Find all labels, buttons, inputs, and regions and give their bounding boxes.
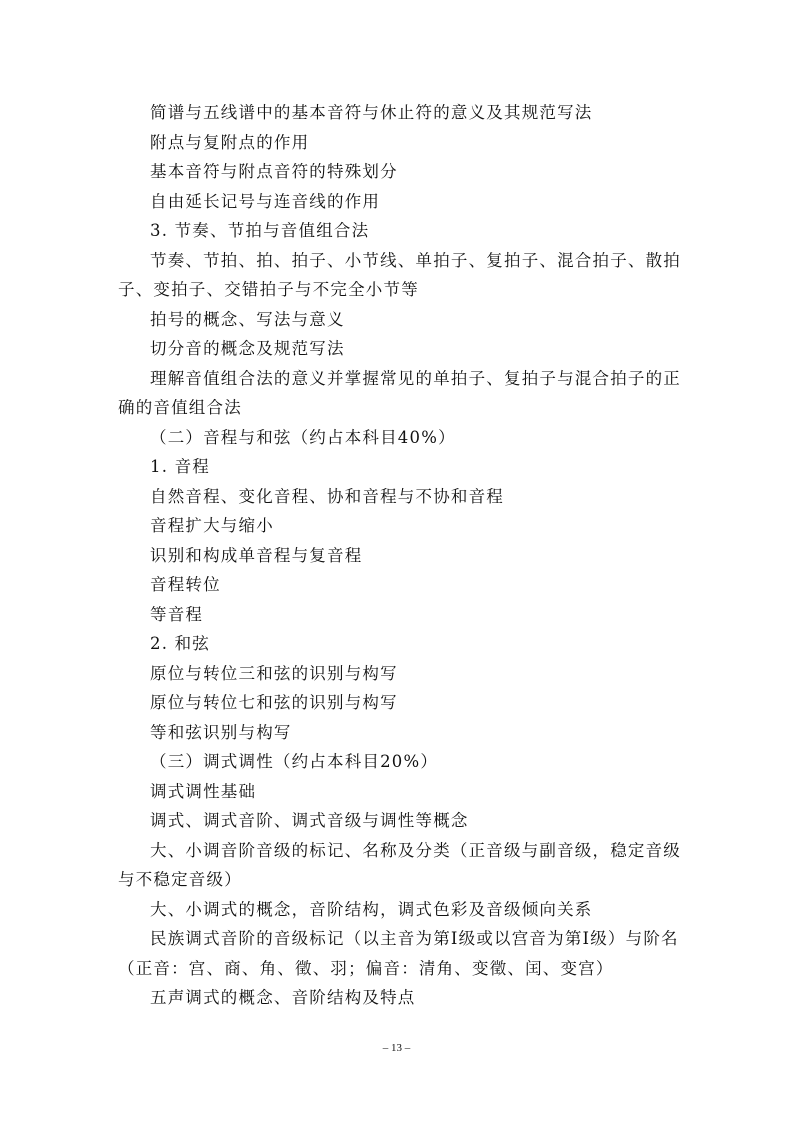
- text-line: 基本音符与附点音符的特殊划分: [150, 162, 398, 182]
- text-line: 等音程: [150, 605, 203, 625]
- text-line: （二）音程与和弦（约占本科目40%）: [150, 428, 456, 448]
- text-line: 附点与复附点的作用: [150, 133, 309, 153]
- text-line: 理解音值组合法的意义并掌握常见的单拍子、复拍子与混合拍子的正: [150, 369, 681, 389]
- text-line: 1. 音程: [150, 457, 210, 477]
- text-line: 切分音的概念及规范写法: [150, 339, 345, 359]
- text-line: 简谱与五线谱中的基本音符与休止符的意义及其规范写法: [150, 103, 593, 123]
- text-line: （三）调式调性（约占本科目20%）: [150, 752, 438, 772]
- page-number: – 13 –: [0, 1042, 793, 1054]
- text-line: 节奏、节拍、拍、拍子、小节线、单拍子、复拍子、混合拍子、散拍: [150, 251, 681, 271]
- text-line: 3. 节奏、节拍与音值组合法: [150, 221, 369, 241]
- text-line: 子、变拍子、交错拍子与不完全小节等: [118, 280, 419, 300]
- text-line: 与不稳定音级）: [118, 870, 242, 890]
- text-line: 2. 和弦: [150, 634, 210, 654]
- text-line: 识别和构成单音程与复音程: [150, 546, 362, 566]
- text-line: 五声调式的概念、音阶结构及特点: [150, 988, 416, 1008]
- text-line: 民族调式音阶的音级标记（以主音为第Ⅰ级或以宫音为第Ⅰ级）与阶名: [150, 929, 679, 949]
- text-line: 拍号的概念、写法与意义: [150, 310, 345, 330]
- text-line: 自由延长记号与连音线的作用: [150, 192, 380, 212]
- text-line: 原位与转位七和弦的识别与构写: [150, 693, 398, 713]
- text-line: 原位与转位三和弦的识别与构写: [150, 664, 398, 684]
- text-line: 大、小调音阶音级的标记、名称及分类（正音级与副音级，稳定音级: [150, 841, 681, 861]
- text-line: 音程扩大与缩小: [150, 516, 274, 536]
- text-line: 自然音程、变化音程、协和音程与不协和音程: [150, 487, 504, 507]
- text-line: 等和弦识别与构写: [150, 723, 292, 743]
- text-line: 音程转位: [150, 575, 221, 595]
- text-line: 调式调性基础: [150, 782, 256, 802]
- text-line: （正音：宫、商、角、徵、羽；偏音：清角、变徵、闰、变宫）: [118, 959, 614, 979]
- text-line: 大、小调式的概念，音阶结构，调式色彩及音级倾向关系: [150, 900, 593, 920]
- text-line: 确的音值组合法: [118, 398, 242, 418]
- document-page: 简谱与五线谱中的基本音符与休止符的意义及其规范写法附点与复附点的作用基本音符与附…: [0, 0, 793, 1122]
- text-line: 调式、调式音阶、调式音级与调性等概念: [150, 811, 469, 831]
